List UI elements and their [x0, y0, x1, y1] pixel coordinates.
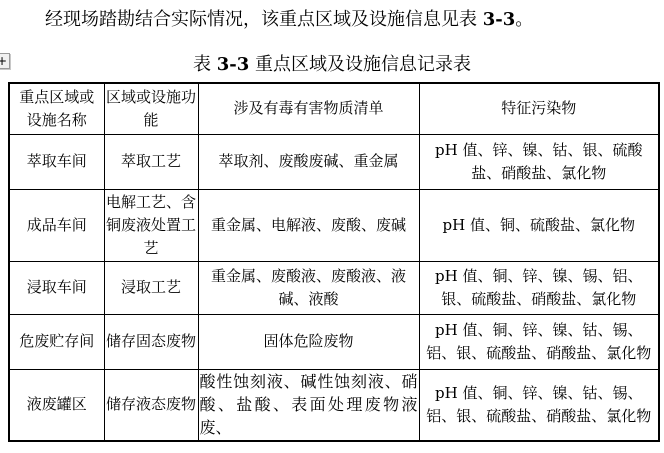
intro-text: 经现场踏勘结合实际情况，该重点区域及设施信息见表 [45, 9, 483, 30]
caption-table-ref: 3-3 [217, 54, 250, 75]
header-pollutants: 特征污染物 [419, 83, 659, 134]
cell-area-name: 浸取车间 [9, 261, 104, 314]
cell-function: 萃取工艺 [104, 134, 198, 189]
table-row: 萃取车间 萃取工艺 萃取剂、废酸废碱、重金属 pH 值、锌、镍、钴、银、硫酸盐、… [9, 134, 659, 189]
table-header-row: 重点区域或设施名称 区域或设施功能 涉及有毒有害物质清单 特征污染物 [9, 83, 659, 134]
cell-function: 储存液态废物 [104, 369, 198, 441]
cell-function: 电解工艺、含铜废液处置工艺 [104, 189, 198, 261]
cell-pollutants: pH 值、铜、锌、镍、钴、锡、铝、银、硫酸盐、硝酸盐、氯化物 [419, 369, 659, 441]
header-substance-list: 涉及有毒有害物质清单 [198, 83, 419, 134]
intro-paragraph: 经现场踏勘结合实际情况，该重点区域及设施信息见表 3-3。 [0, 8, 658, 32]
header-area-name: 重点区域或设施名称 [9, 83, 104, 134]
table-row: 成品车间 电解工艺、含铜废液处置工艺 重金属、电解液、废酸、废碱 pH 值、铜、… [9, 189, 659, 261]
facility-info-table: 重点区域或设施名称 区域或设施功能 涉及有毒有害物质清单 特征污染物 萃取车间 … [8, 82, 660, 442]
table-row: 液废罐区 储存液态废物 酸性蚀刻液、碱性蚀刻液、硝酸、盐酸、表面处理废物液废、 … [9, 369, 659, 441]
intro-table-ref: 3-3 [483, 9, 516, 30]
cell-pollutants: pH 值、铜、硫酸盐、氯化物 [419, 189, 659, 261]
cell-function: 储存固态废物 [104, 314, 198, 369]
table-row: 浸取车间 浸取工艺 重金属、废酸液、废酸液、液碱、液酸 pH 值、铜、锌、镍、锡… [9, 261, 659, 314]
cell-area-name: 液废罐区 [9, 369, 104, 441]
table-row: 危废贮存间 储存固态废物 固体危险废物 pH 值、铜、锌、镍、钴、锡、铝、银、硫… [9, 314, 659, 369]
cell-pollutants: pH 值、锌、镍、钴、银、硫酸盐、硝酸盐、氯化物 [419, 134, 659, 189]
cell-substances: 固体危险废物 [198, 314, 419, 369]
cell-pollutants: pH 值、铜、锌、镍、钴、锡、铝、银、硫酸盐、硝酸盐、氯化物 [419, 314, 659, 369]
cell-substances: 重金属、废酸液、废酸液、液碱、液酸 [198, 261, 419, 314]
caption-text-prefix: 表 [193, 54, 217, 75]
table-caption: 表 3-3 重点区域及设施信息记录表 [0, 54, 664, 76]
cell-substances: 酸性蚀刻液、碱性蚀刻液、硝酸、盐酸、表面处理废物液废、 [198, 369, 419, 441]
cell-function: 浸取工艺 [104, 261, 198, 314]
cell-substances: 萃取剂、废酸废碱、重金属 [198, 134, 419, 189]
cell-area-name: 萃取车间 [9, 134, 104, 189]
intro-period: 。 [515, 9, 533, 30]
cell-pollutants: pH 值、铜、锌、镍、锡、铝、银、硫酸盐、硝酸盐、氯化物 [419, 261, 659, 314]
table-move-handle-icon[interactable]: + [0, 53, 10, 69]
cell-area-name: 成品车间 [9, 189, 104, 261]
cell-substances: 重金属、电解液、废酸、废碱 [198, 189, 419, 261]
header-function: 区域或设施功能 [104, 83, 198, 134]
caption-text-suffix: 重点区域及设施信息记录表 [249, 54, 471, 75]
cell-area-name: 危废贮存间 [9, 314, 104, 369]
